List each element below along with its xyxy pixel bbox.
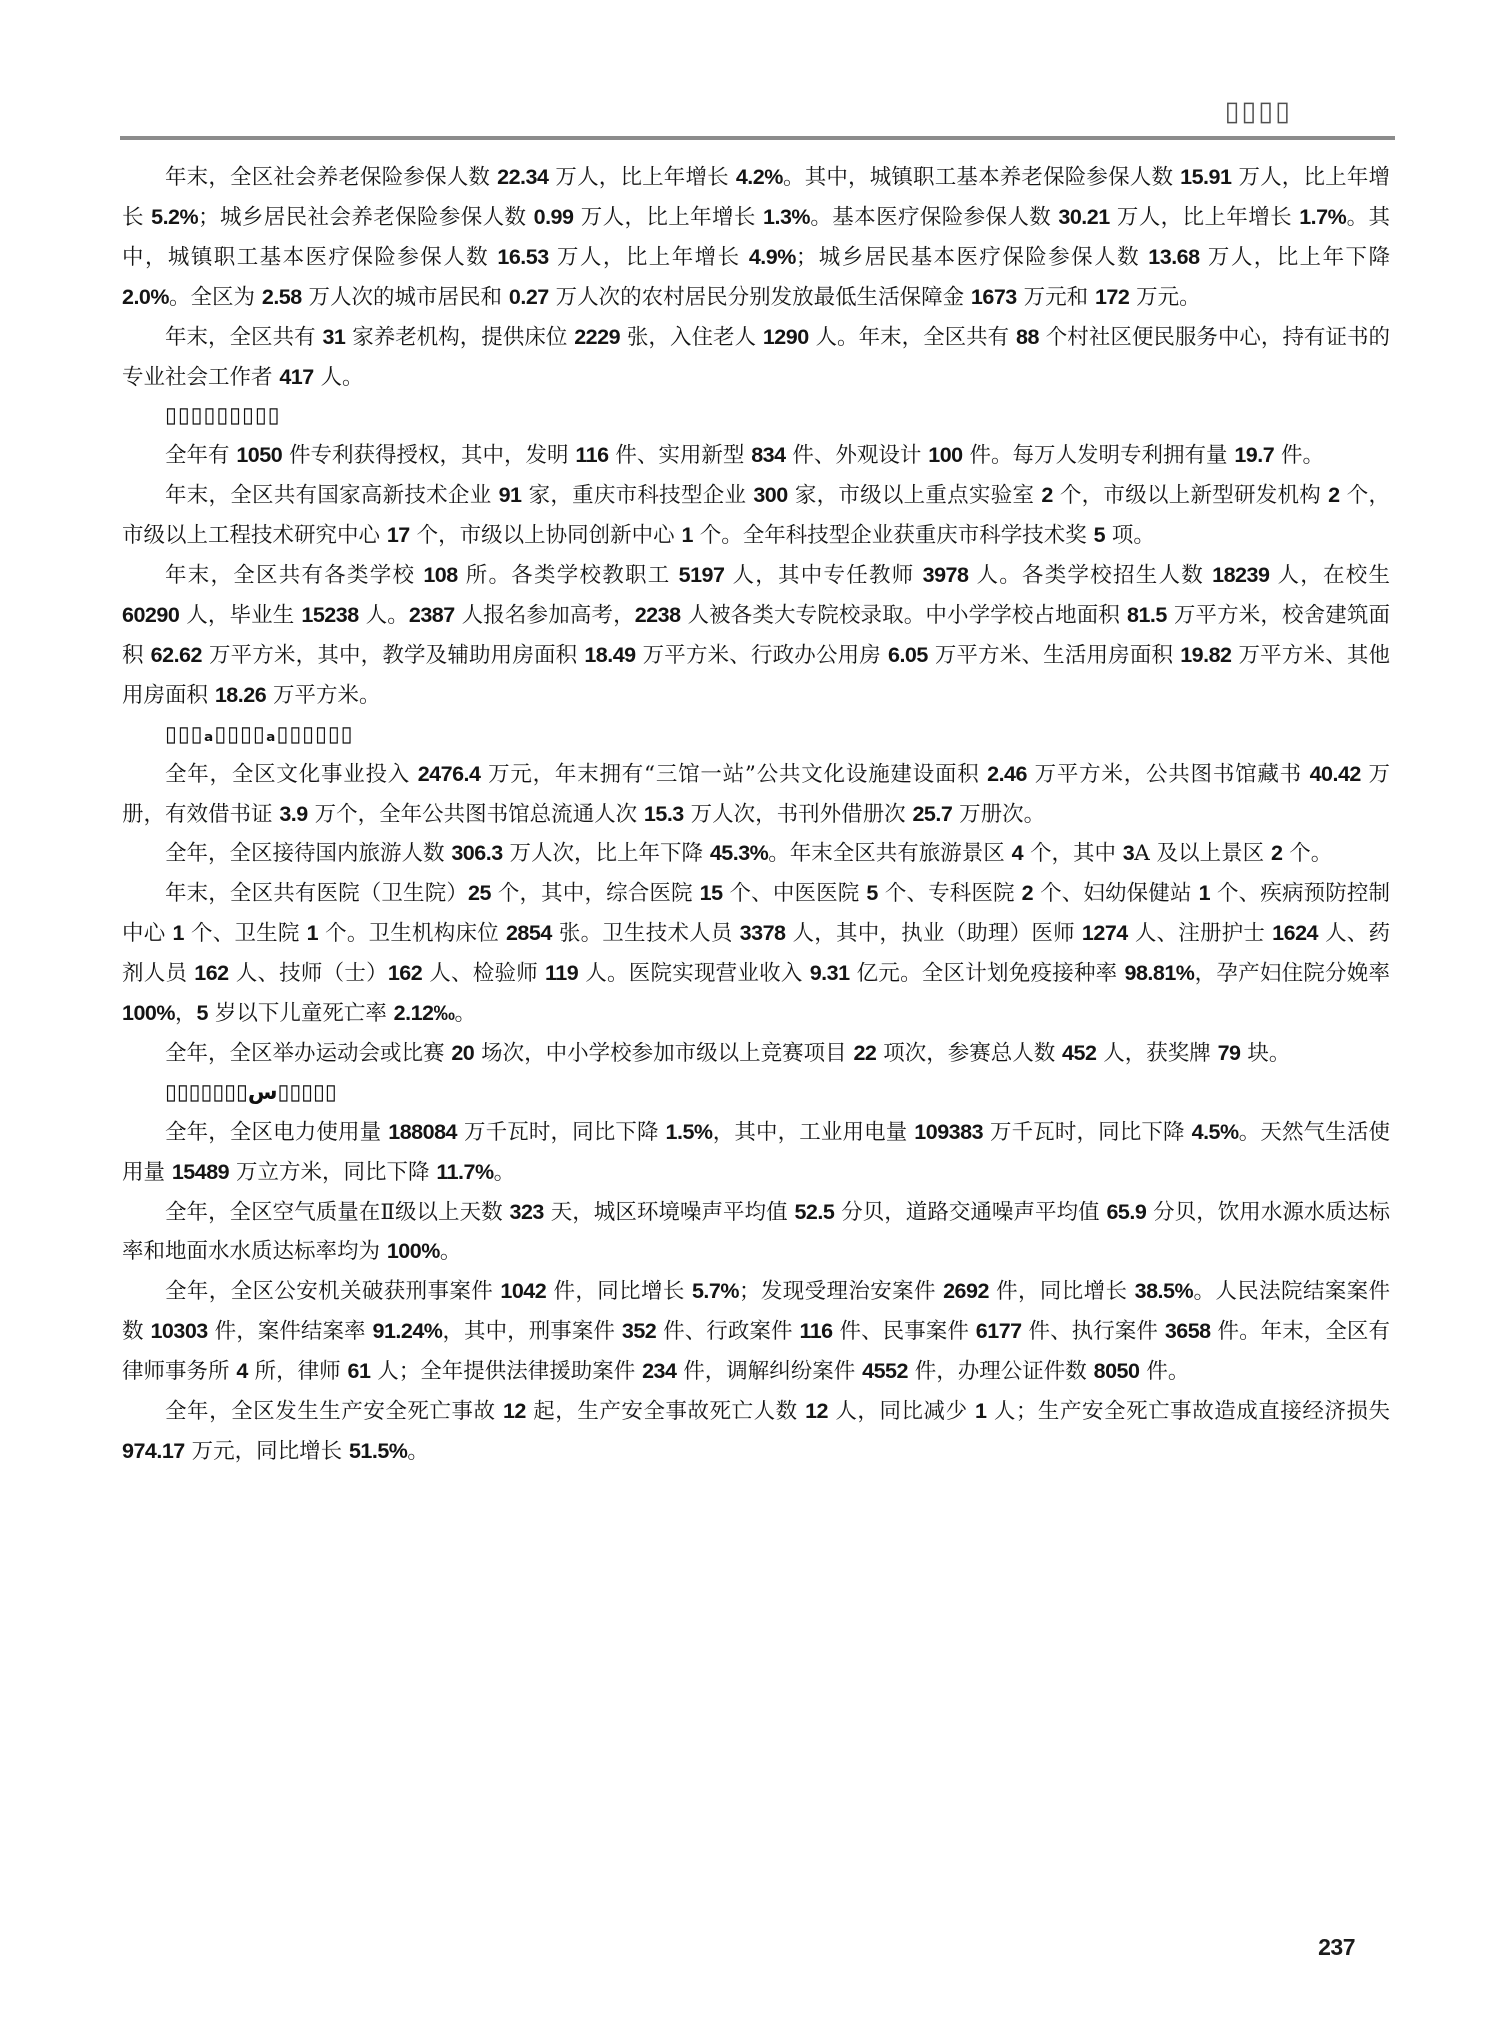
numeric-value: 60290 — [122, 603, 179, 627]
numeric-value: 2692 — [943, 1279, 989, 1303]
numeric-value: 162 — [388, 961, 422, 985]
numeric-value: 79 — [1218, 1041, 1241, 1065]
numeric-value: 91 — [499, 483, 522, 507]
numeric-value: 0.27 — [509, 285, 549, 309]
paragraph: 全年，全区电力使用量 188084 万千瓦时，同比下降 1.5%，其中，工业用电… — [122, 1113, 1390, 1193]
numeric-value: 116 — [575, 443, 608, 467]
numeric-value: 1274 — [1082, 921, 1128, 945]
page-number: 237 — [1318, 1934, 1355, 1961]
numeric-value: 25 — [468, 881, 491, 905]
numeric-value: 1 — [681, 523, 692, 547]
numeric-value: 2854 — [506, 921, 552, 945]
numeric-value: 1 — [173, 921, 184, 945]
numeric-value: 2.12‰ — [394, 1001, 455, 1025]
paragraph: 年末，全区社会养老保险参保人数 22.34 万人，比上年增长 4.2%。其中，城… — [122, 158, 1390, 318]
numeric-value: 306.3 — [451, 841, 502, 865]
running-header-title: ▯▯▯▯ — [1225, 98, 1292, 125]
numeric-value: 417 — [279, 365, 313, 389]
paragraph: 年末，全区共有 31 家养老机构，提供床位 2229 张，入住老人 1290 人… — [122, 318, 1390, 398]
numeric-value: 300 — [753, 483, 787, 507]
numeric-value: 15238 — [301, 603, 358, 627]
numeric-value: 352 — [622, 1319, 656, 1343]
numeric-value: 15 — [700, 881, 723, 905]
numeric-value: 5.7% — [692, 1279, 739, 1303]
numeric-value: 6177 — [976, 1319, 1022, 1343]
paragraph: 全年，全区发生生产安全死亡事故 12 起，生产安全事故死亡人数 12 人，同比减… — [122, 1392, 1390, 1472]
numeric-value: 119 — [545, 961, 578, 985]
numeric-value: 116 — [799, 1319, 832, 1343]
numeric-value: 5 — [866, 881, 877, 905]
numeric-value: 61 — [347, 1359, 370, 1383]
numeric-value: 2387 — [409, 603, 455, 627]
numeric-value: 1050 — [236, 443, 282, 467]
numeric-value: 1673 — [971, 285, 1017, 309]
numeric-value: 5 — [1094, 523, 1105, 547]
numeric-value: 4 — [236, 1359, 247, 1383]
paragraph: 全年有 1050 件专利获得授权，其中，发明 116 件、实用新型 834 件、… — [122, 436, 1390, 476]
numeric-value: 162 — [194, 961, 228, 985]
numeric-value: 1.7% — [1299, 205, 1346, 229]
numeric-value: 51.5% — [349, 1439, 407, 1463]
document-body: 年末，全区社会养老保险参保人数 22.34 万人，比上年增长 4.2%。其中，城… — [122, 158, 1390, 1472]
numeric-value: 2.0% — [122, 285, 169, 309]
numeric-value: 38.5% — [1135, 1279, 1193, 1303]
numeric-value: 452 — [1062, 1041, 1096, 1065]
numeric-value: 19.82 — [1180, 643, 1231, 667]
numeric-value: 30.21 — [1058, 205, 1109, 229]
numeric-value: 18.49 — [584, 643, 635, 667]
numeric-value: 12 — [503, 1399, 526, 1423]
numeric-value: 1 — [307, 921, 318, 945]
numeric-value: 88 — [1016, 325, 1039, 349]
numeric-value: 4.5% — [1192, 1120, 1239, 1144]
numeric-value: 323 — [510, 1200, 544, 1224]
numeric-value: 2238 — [635, 603, 681, 627]
numeric-value: 6.05 — [888, 643, 928, 667]
paragraph: 全年，全区举办运动会或比赛 20 场次，中小学校参加市级以上竞赛项目 22 项次… — [122, 1034, 1390, 1074]
numeric-value: 4.9% — [749, 245, 796, 269]
numeric-value: 65.9 — [1106, 1200, 1146, 1224]
numeric-value: 8050 — [1094, 1359, 1140, 1383]
paragraph: 全年，全区空气质量在Ⅱ级以上天数 323 天，城区环境噪声平均值 52.5 分贝… — [122, 1193, 1390, 1273]
numeric-value: 81.5 — [1127, 603, 1167, 627]
numeric-value: 12 — [805, 1399, 828, 1423]
numeric-value: 834 — [751, 443, 785, 467]
numeric-value: 98.81% — [1124, 961, 1194, 985]
numeric-value: 13.68 — [1148, 245, 1199, 269]
numeric-value: 4 — [1012, 841, 1023, 865]
numeric-value: 0.99 — [534, 205, 574, 229]
numeric-value: 1.3% — [763, 205, 810, 229]
numeric-value: 2.58 — [262, 285, 302, 309]
numeric-value: 25.7 — [912, 802, 952, 826]
document-page: ▯▯▯▯ 年末，全区社会养老保险参保人数 22.34 万人，比上年增长 4.2%… — [0, 0, 1488, 2019]
numeric-value: 19.7 — [1234, 443, 1274, 467]
section-heading: ▯▯▯ₐ▯▯▯▯ₐ▯▯▯▯▯▯ — [122, 716, 1390, 755]
numeric-value: 3978 — [923, 563, 969, 587]
numeric-value: 40.42 — [1310, 762, 1361, 786]
paragraph: 全年，全区接待国内旅游人数 306.3 万人次，比上年下降 45.3%。年末全区… — [122, 834, 1390, 874]
numeric-value: 62.62 — [151, 643, 202, 667]
numeric-value: 188084 — [388, 1120, 457, 1144]
numeric-value: 22.34 — [497, 165, 548, 189]
numeric-value: 1 — [1199, 881, 1210, 905]
numeric-value: 2476.4 — [418, 762, 481, 786]
section-heading: ▯▯▯▯▯▯▯▯▯ — [122, 397, 1390, 436]
numeric-value: 5197 — [679, 563, 725, 587]
numeric-value: 3378 — [740, 921, 786, 945]
numeric-value: 974.17 — [122, 1439, 185, 1463]
numeric-value: 2229 — [574, 325, 620, 349]
numeric-value: 15.3 — [644, 802, 684, 826]
numeric-value: 52.5 — [794, 1200, 834, 1224]
header-divider — [120, 136, 1395, 140]
numeric-value: 100 — [928, 443, 962, 467]
numeric-value: 1042 — [500, 1279, 546, 1303]
paragraph: 年末，全区共有各类学校 108 所。各类学校教职工 5197 人，其中专任教师 … — [122, 556, 1390, 716]
numeric-value: 4.2% — [736, 165, 783, 189]
numeric-value: 31 — [322, 325, 345, 349]
numeric-value: 1 — [975, 1399, 986, 1423]
numeric-value: 20 — [451, 1041, 474, 1065]
numeric-value: 22 — [853, 1041, 876, 1065]
numeric-value: 5 — [197, 1001, 208, 1025]
numeric-value: 11.7% — [436, 1160, 493, 1184]
paragraph: 全年，全区公安机关破获刑事案件 1042 件，同比增长 5.7%；发现受理治安案… — [122, 1272, 1390, 1392]
numeric-value: 15489 — [172, 1160, 229, 1184]
numeric-value: 172 — [1095, 285, 1129, 309]
paragraph: 年末，全区共有医院（卫生院）25 个，其中，综合医院 15 个、中医医院 5 个… — [122, 874, 1390, 1034]
numeric-value: 2.46 — [987, 762, 1027, 786]
numeric-value: 108 — [423, 563, 457, 587]
numeric-value: 100% — [122, 1001, 175, 1025]
numeric-value: 18239 — [1212, 563, 1269, 587]
numeric-value: 91.24% — [373, 1319, 443, 1343]
paragraph: 年末，全区共有国家高新技术企业 91 家，重庆市科技型企业 300 家，市级以上… — [122, 476, 1390, 556]
section-heading: ▯▯▯▯▯▯▯س▯▯▯▯▯ — [122, 1074, 1390, 1113]
numeric-value: 2 — [1022, 881, 1033, 905]
numeric-value: 9.31 — [810, 961, 850, 985]
numeric-value: 1624 — [1272, 921, 1318, 945]
numeric-value: 5.2% — [151, 205, 198, 229]
numeric-value: 3 — [1123, 841, 1134, 865]
numeric-value: 100% — [387, 1239, 440, 1263]
numeric-value: 3.9 — [279, 802, 307, 826]
numeric-value: 2 — [1271, 841, 1282, 865]
numeric-value: 18.26 — [215, 683, 266, 707]
numeric-value: 2 — [1041, 483, 1052, 507]
numeric-value: 10303 — [150, 1319, 207, 1343]
numeric-value: 4552 — [862, 1359, 908, 1383]
numeric-value: 45.3% — [710, 841, 768, 865]
numeric-value: 3658 — [1165, 1319, 1211, 1343]
numeric-value: 17 — [387, 523, 410, 547]
numeric-value: 1290 — [763, 325, 809, 349]
numeric-value: 109383 — [914, 1120, 983, 1144]
numeric-value: 15.91 — [1180, 165, 1231, 189]
numeric-value: 234 — [642, 1359, 676, 1383]
numeric-value: 2 — [1328, 483, 1339, 507]
paragraph: 全年，全区文化事业投入 2476.4 万元，年末拥有“三馆一站”公共文化设施建设… — [122, 755, 1390, 835]
numeric-value: 16.53 — [497, 245, 548, 269]
numeric-value: 1.5% — [666, 1120, 713, 1144]
